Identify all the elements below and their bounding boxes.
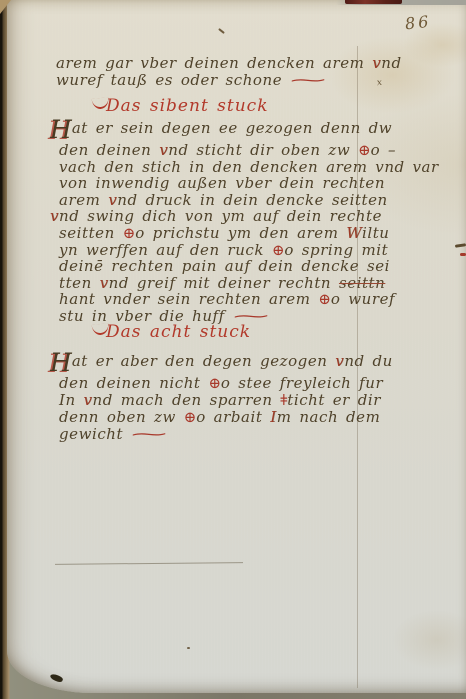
text-segment: nd mach den sparren [93, 391, 281, 409]
manuscript-line: den deinen vnd sticht dir oben zw ⊕o – [50, 142, 439, 159]
initial-letter: H [50, 115, 72, 144]
edge-red-speck [460, 253, 466, 256]
text-segment: nd [381, 54, 401, 72]
text-segment: nd greif mit deiner rechtn [109, 274, 339, 292]
text-segment: arem gar vber deinen dencken arem [56, 54, 372, 72]
section-paragraph-sibent: Hat er sein degen ee gezogen denn dw den… [50, 117, 439, 325]
text-segment: nd druck in dein dencke seitten [117, 191, 387, 209]
manuscript-line: vach den stich in den dencken arem vnd v… [50, 159, 439, 176]
text-segment: yn werffen auf den ruck [59, 241, 272, 259]
manuscript-line: denn oben zw ⊕o arbait Im nach dem [50, 409, 393, 426]
text-segment: nd du [344, 352, 393, 370]
rubricated-letter: v [100, 274, 109, 292]
manuscript-line: arem vnd druck in dein dencke seitten [50, 192, 439, 209]
text-segment: iltu [362, 224, 389, 242]
rubricated-letter: v [50, 207, 59, 225]
manuscript-line: von inwendig außen vber dein rechten [50, 175, 439, 192]
text-segment: hant vnder sein rechten arem [59, 290, 318, 308]
text-segment: o spring mit [284, 241, 388, 259]
red-so-symbol: ⊕ [184, 408, 197, 426]
intro-paragraph: arem gar vber deinen dencken arem vnd wu… [56, 55, 402, 89]
text-segment: In [59, 391, 84, 409]
initial-letter: H [50, 348, 72, 377]
heading-text: Das acht stuck [106, 322, 251, 342]
text-segment: wuref tauß es oder schone [56, 71, 290, 89]
text-segment: tten [59, 274, 100, 292]
text-segment: o arbait [196, 408, 270, 426]
manuscript-line: arem gar vber deinen dencken arem vnd [56, 55, 402, 72]
text-segment: o wuref [331, 290, 395, 308]
text-segment: seitten [59, 224, 123, 242]
struck-word: seittn [339, 274, 385, 292]
text-segment: arem [59, 191, 108, 209]
manuscript-line: wuref tauß es oder schone ⁓ [56, 72, 402, 89]
red-so-symbol: ⊕ [123, 224, 136, 242]
text-segment: at er sein degen ee gezogen denn dw [72, 119, 392, 137]
text-segment: gewicht [59, 425, 131, 443]
text-segment: o stee freyleich fur [221, 374, 383, 392]
section-paragraph-acht: Hat er aber den degen gezogen vnd du den… [50, 350, 393, 443]
text-segment: den deinen [59, 141, 159, 159]
rubricated-letter: v [159, 141, 168, 159]
manuscript-line: Hat er sein degen ee gezogen denn dw [50, 117, 439, 142]
manuscript-line: deinē rechten pain auf dein dencke sei [50, 258, 439, 275]
manuscript-line: Hat er aber den degen gezogen vnd du [50, 350, 393, 375]
red-so-symbol: ⊕ [358, 141, 371, 159]
manuscript-line: seitten ⊕o prichstu ym den arem Wiltu [50, 225, 439, 242]
text-segment: vach den stich in den dencken arem vnd v… [59, 158, 439, 176]
text-segment: o – [371, 141, 396, 159]
text-segment: at er aber den degen gezogen [72, 352, 335, 370]
red-edge-fragment [345, 0, 402, 4]
text-segment: den deinen nicht [59, 374, 208, 392]
red-flourish: ⁓ [290, 72, 326, 89]
manuscript-line: In vnd mach den sparren ǂticht er dir [50, 392, 393, 409]
manuscript-line: vnd swing dich von ym auf dein rechte [50, 208, 439, 225]
red-so-symbol: ⊕ [272, 241, 285, 259]
ink-speck [187, 647, 190, 649]
text-segment: o prichstu ym den arem [135, 224, 346, 242]
text-segment: deinē rechten pain auf dein dencke sei [59, 257, 390, 275]
heading-text: Das sibent stuck [106, 96, 269, 116]
red-so-symbol: ⊕ [208, 374, 221, 392]
section-heading-sibent-stuck: Das sibent stuck [92, 96, 269, 116]
rubricated-letter: v [335, 352, 344, 370]
manuscript-line: gewicht ⁓ [50, 426, 393, 443]
text-segment: nd sticht dir oben zw [168, 141, 358, 159]
manuscript-line: yn werffen auf den ruck ⊕o spring mit [50, 242, 439, 259]
rubricated-letter: v [372, 54, 381, 72]
manuscript-line: hant vnder sein rechten arem ⊕o wuref [50, 291, 439, 308]
text-segment: m nach dem [277, 408, 381, 426]
red-flourish: ⁓ [131, 426, 167, 443]
rubricated-letter: v [84, 391, 93, 409]
red-so-symbol: ⊕ [318, 290, 331, 308]
text-segment: denn oben zw [59, 408, 184, 426]
text-segment: von inwendig außen vber dein rechten [59, 174, 385, 192]
manuscript-line: den deinen nicht ⊕o stee freyleich fur [50, 375, 393, 392]
manuscript-line: tten vnd greif mit deiner rechtn seittn [50, 275, 439, 292]
page-number: 86 [404, 12, 432, 34]
text-segment: nd swing dich von ym auf dein rechte [59, 207, 382, 225]
rubricated-letter: W [346, 224, 362, 242]
manuscript-photo: 86 x arem gar vber deinen dencken arem v… [0, 0, 466, 699]
rubricated-letter: v [108, 191, 117, 209]
text-segment: ticht er dir [287, 391, 381, 409]
section-heading-acht-stuck: Das acht stuck [92, 322, 251, 342]
